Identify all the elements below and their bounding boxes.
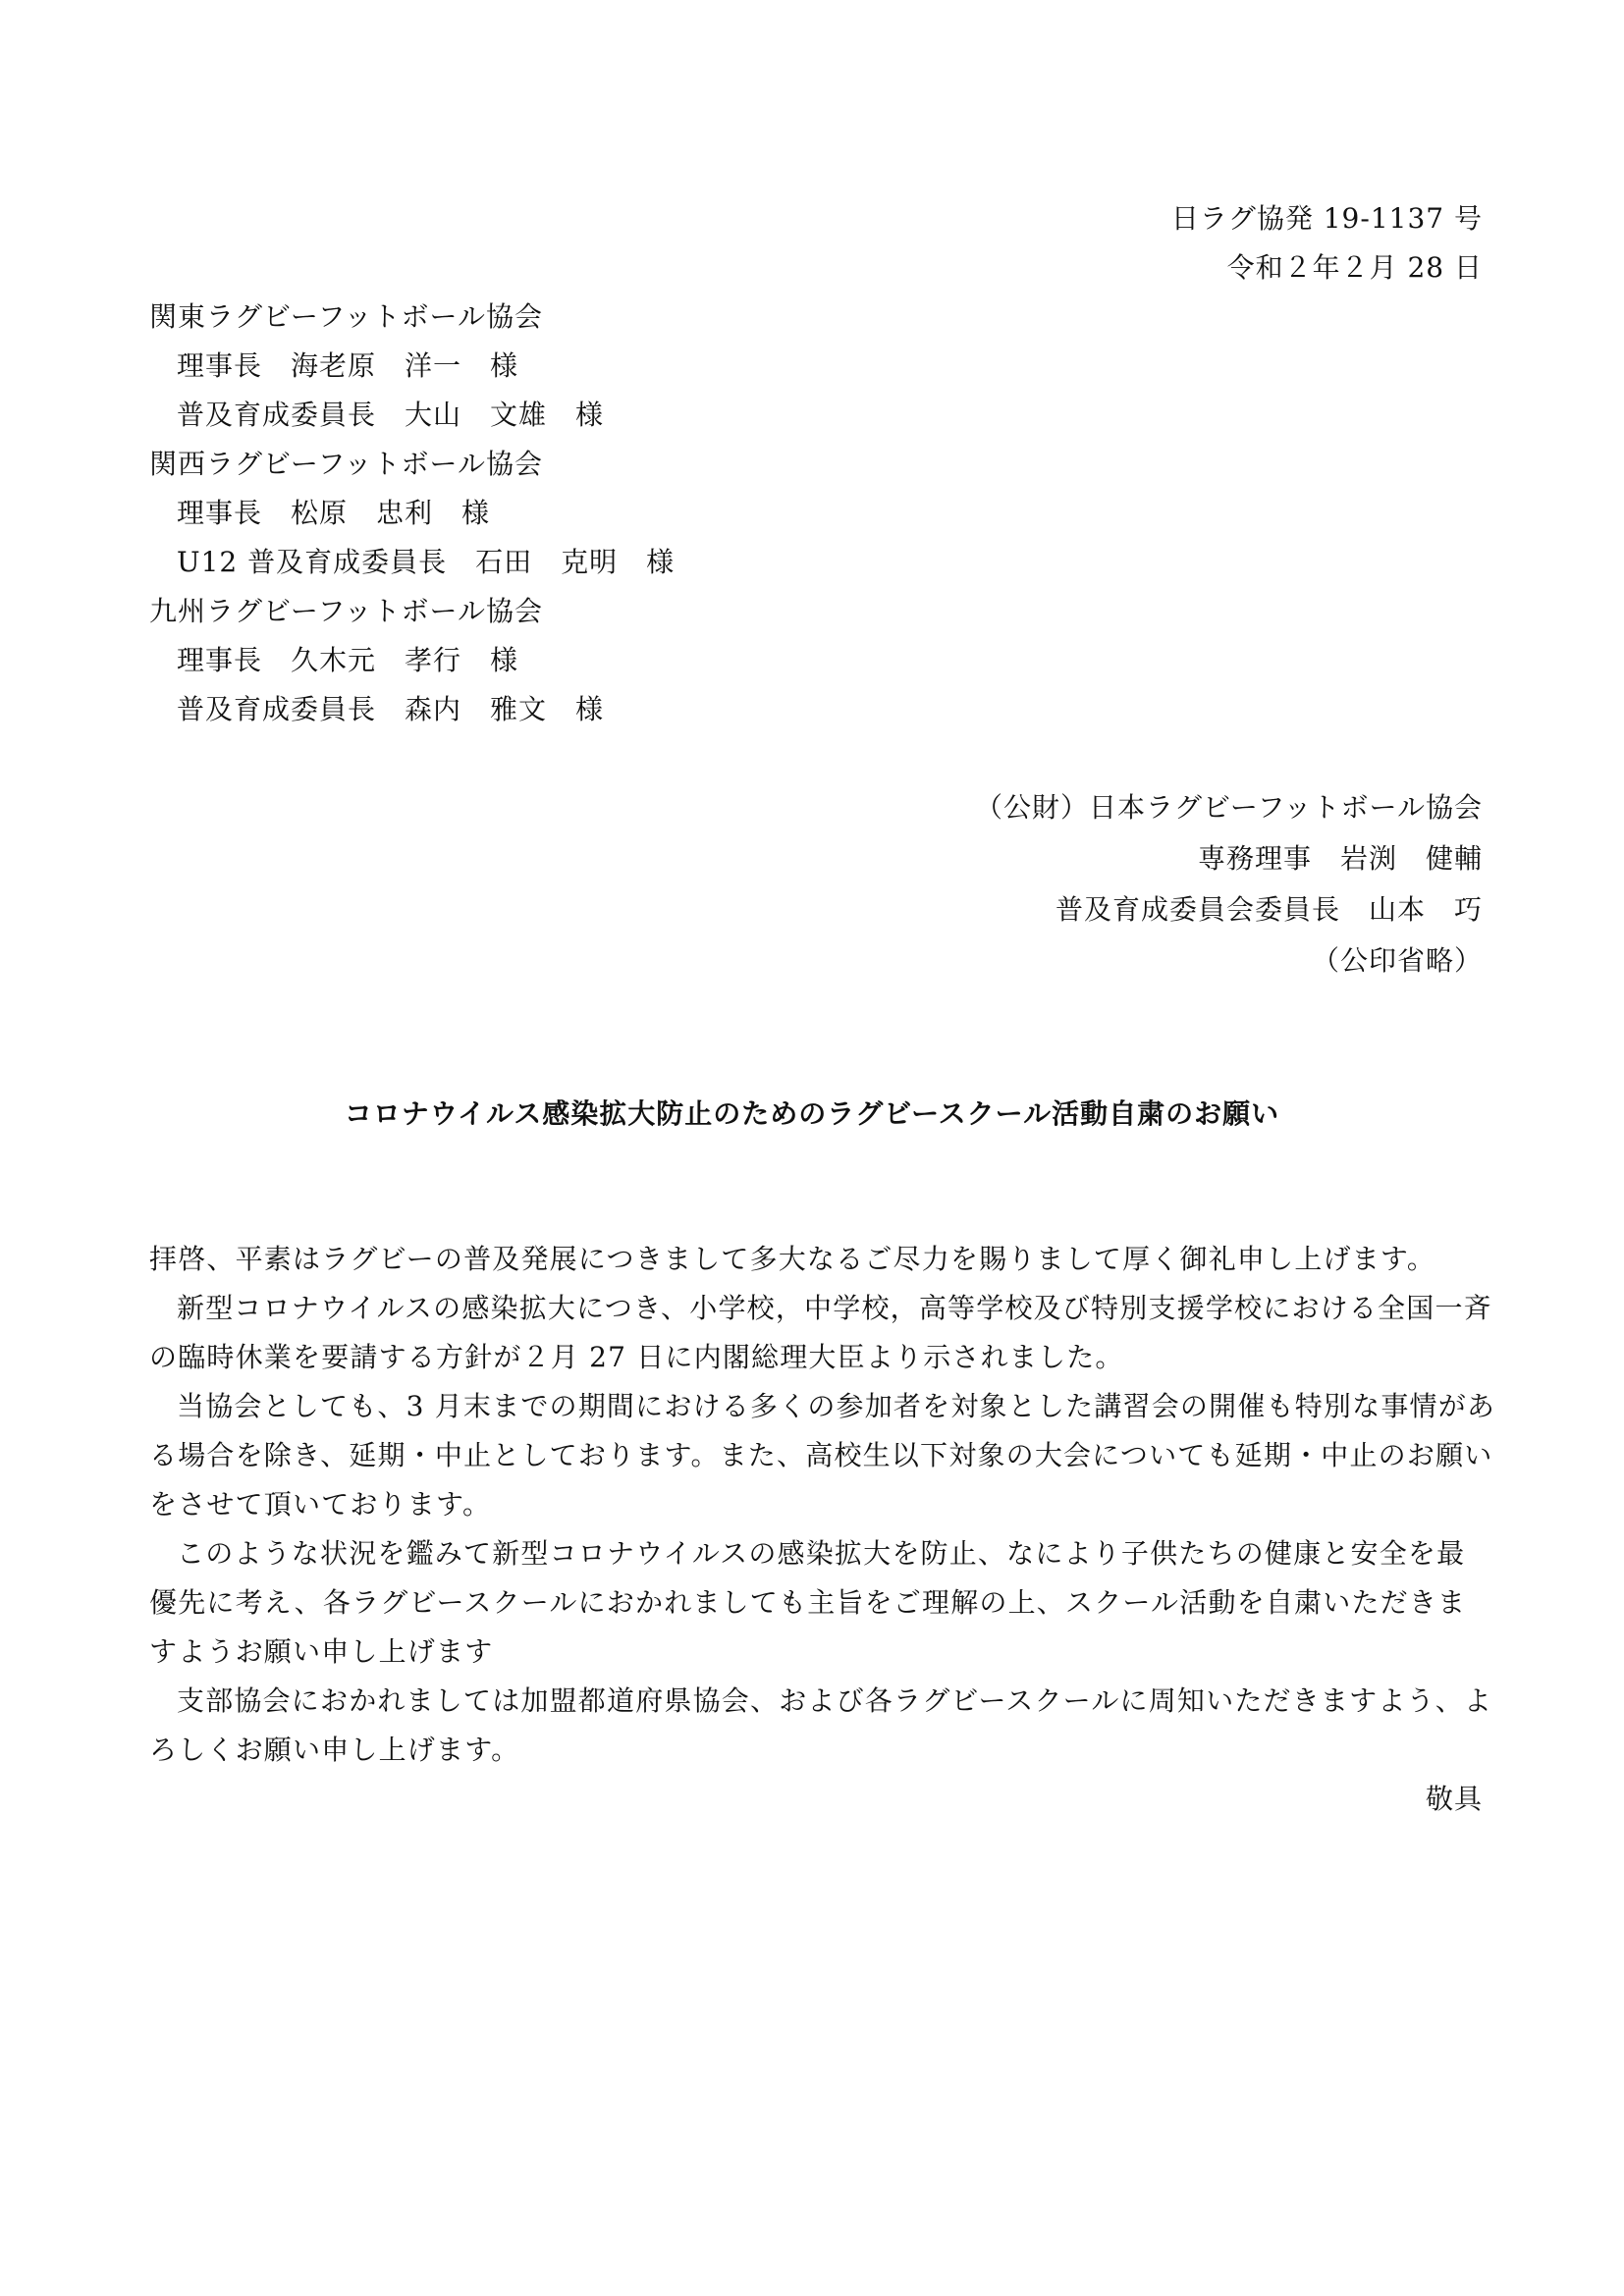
- body-line: をさせて頂いております。: [149, 1488, 1487, 1522]
- closing-keigu: 敬具: [1426, 1783, 1483, 1816]
- recipient-person: U12 普及育成委員長 石田 克明 様: [177, 546, 675, 579]
- recipient-person: 普及育成委員長 大山 文雄 様: [177, 399, 604, 432]
- body-line: 新型コロナウイルスの感染拡大につき、小学校，中学校，高等学校及び特別支援学校にお…: [177, 1292, 1487, 1325]
- recipient-org-kanto: 関東ラグビーフットボール協会: [149, 300, 543, 334]
- sender-signer-2: 普及育成委員会委員長 山本 巧: [1056, 893, 1483, 927]
- document-number: 日ラグ協発 19-1137 号: [1171, 202, 1483, 236]
- body-line: る場合を除き、延期・中止としております。また、高校生以下対象の大会についても延期…: [149, 1439, 1487, 1472]
- document-date: 令和２年２月 28 日: [1227, 251, 1483, 285]
- body-line: 当協会としても、3 月末までの期間における多くの参加者を対象とした講習会の開催も…: [177, 1390, 1487, 1423]
- sender-signer-1: 専務理事 岩渕 健輔: [1198, 842, 1483, 876]
- recipient-org-kyushu: 九州ラグビーフットボール協会: [149, 595, 543, 628]
- body-line: の臨時休業を要請する方針が２月 27 日に内閣総理大臣より示されました。: [149, 1341, 1487, 1374]
- body-line: このような状況を鑑みて新型コロナウイルスの感染拡大を防止、なにより子供たちの健康…: [177, 1537, 1487, 1571]
- sender-organization: （公財）日本ラグビーフットボール協会: [975, 791, 1483, 825]
- recipient-org-kansai: 関西ラグビーフットボール協会: [149, 448, 543, 481]
- body-line: ろしくお願い申し上げます。: [149, 1734, 1487, 1767]
- document-title: コロナウイルス感染拡大防止のためのラグビースクール活動自粛のお願い: [0, 1097, 1624, 1131]
- body-line: すようお願い申し上げます: [149, 1635, 1487, 1669]
- document-page: 日ラグ協発 19-1137 号 令和２年２月 28 日 関東ラグビーフットボール…: [0, 0, 1624, 2296]
- body-line: 支部協会におかれましては加盟都道府県協会、および各ラグビースクールに周知いただき…: [177, 1684, 1487, 1718]
- body-line: 優先に考え、各ラグビースクールにおかれましても主旨をご理解の上、スクール活動を自…: [149, 1586, 1487, 1620]
- recipient-person: 理事長 久木元 孝行 様: [177, 644, 518, 677]
- recipient-person: 普及育成委員長 森内 雅文 様: [177, 693, 604, 726]
- seal-omitted-note: （公印省略）: [1312, 944, 1483, 978]
- recipient-person: 理事長 松原 忠利 様: [177, 497, 490, 530]
- body-line: 拝啓、平素はラグビーの普及発展につきまして多大なるご尽力を賜りまして厚く御礼申し…: [149, 1243, 1487, 1276]
- recipient-person: 理事長 海老原 洋一 様: [177, 349, 518, 383]
